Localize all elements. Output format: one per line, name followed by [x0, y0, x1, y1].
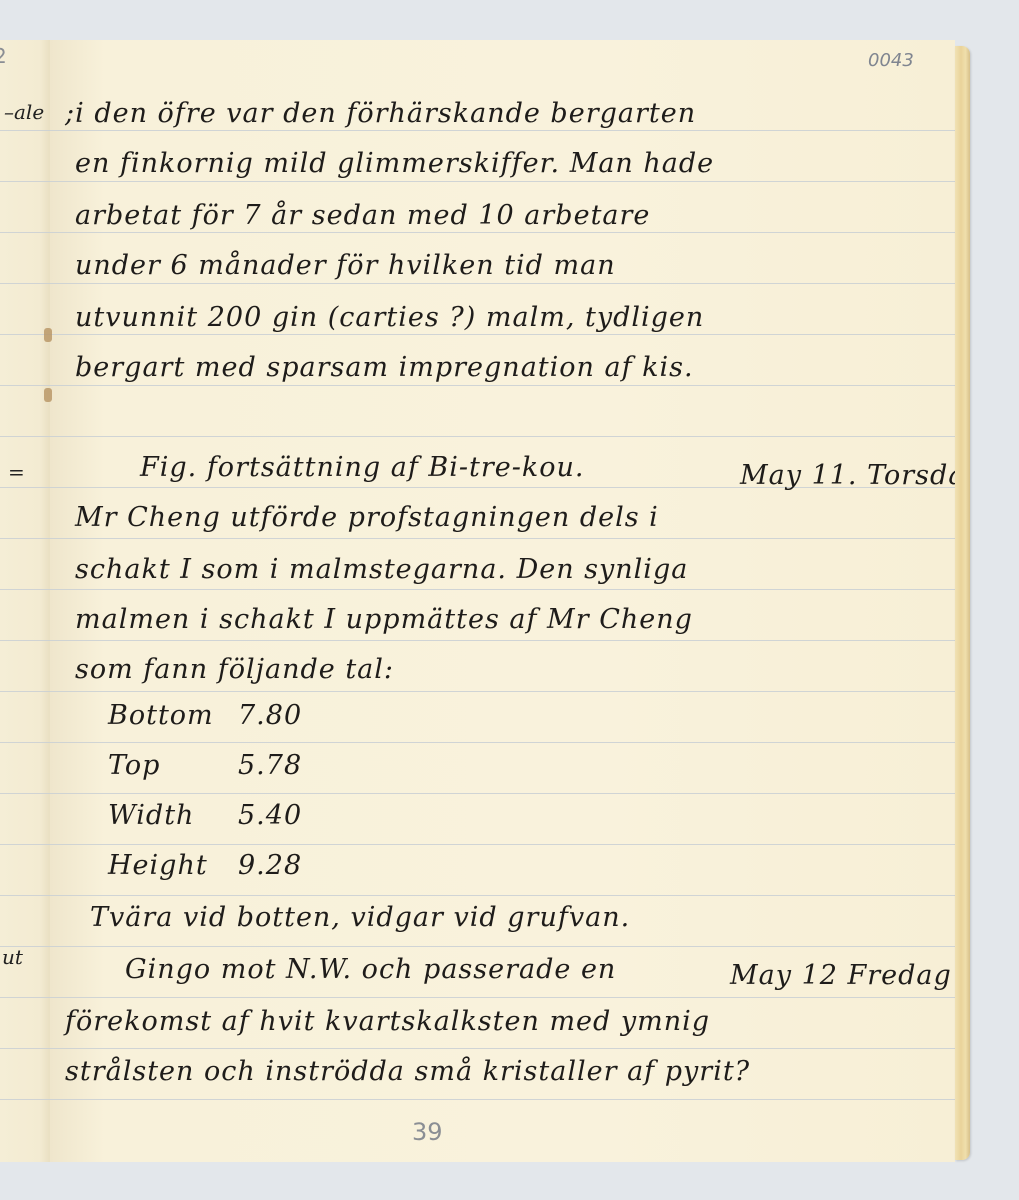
rule-line [50, 538, 955, 539]
rule-line [50, 793, 955, 794]
rule-line [0, 793, 50, 794]
rule-line [50, 130, 955, 131]
rule-line [0, 742, 50, 743]
measurement-value: 9.28 [238, 850, 302, 881]
left-text-fragment: –ale [4, 100, 44, 124]
measurement-value: 7.80 [238, 700, 302, 731]
rule-line [0, 844, 50, 845]
text-line: Mr Cheng utförde profstagningen dels i [75, 502, 659, 533]
rule-line [50, 895, 955, 896]
measurement-row: Top 5.78 [108, 750, 302, 781]
rule-line [0, 232, 50, 233]
measurement-value: 5.40 [238, 800, 302, 831]
left-page-number: 2 [0, 44, 7, 68]
measurement-label: Bottom [108, 700, 238, 731]
rule-line [50, 844, 955, 845]
date-note: May 11. Torsday [740, 460, 955, 491]
rule-line [0, 130, 50, 131]
rule-line [0, 1099, 50, 1100]
rule-line [50, 436, 955, 437]
rule-line [0, 1048, 50, 1049]
rule-line [50, 997, 955, 998]
rule-line [0, 283, 50, 284]
rule-line [0, 487, 50, 488]
measurement-value: 5.78 [238, 750, 302, 781]
rule-line [50, 1048, 955, 1049]
text-line: ;i den öfre var den förhärskande bergart… [65, 98, 696, 129]
rule-line [50, 334, 955, 335]
rule-line [50, 691, 955, 692]
text-line: utvunnit 200 gin (carties ?) malm, tydli… [75, 302, 704, 333]
rule-line [50, 946, 955, 947]
rule-line [50, 283, 955, 284]
rule-line [50, 742, 955, 743]
rule-line [0, 895, 50, 896]
left-text-fragment: = [8, 460, 25, 484]
text-line: en finkornig mild glimmerskiffer. Man ha… [75, 148, 714, 179]
text-line: strålsten och inströdda små kristaller a… [65, 1056, 750, 1087]
rule-line [0, 385, 50, 386]
text-line: malmen i schakt I uppmättes af Mr Cheng [75, 604, 693, 635]
rule-line [50, 589, 955, 590]
measurement-row: Width 5.40 [108, 800, 302, 831]
text-line: schakt I som i malmstegarna. Den synliga [75, 554, 688, 585]
archive-number: 0043 [868, 50, 914, 71]
page-edge-stack [955, 46, 970, 1160]
notebook-page: 0043 ;i den öfre var den förhärskande be… [50, 40, 955, 1162]
rule-line [0, 181, 50, 182]
rule-line [50, 640, 955, 641]
page-number: 39 [412, 1118, 443, 1146]
rule-line [50, 385, 955, 386]
measurement-row: Height 9.28 [108, 850, 302, 881]
rule-line [0, 589, 50, 590]
measurement-label: Height [108, 850, 238, 881]
rule-line [50, 181, 955, 182]
text-line: som fann följande tal: [75, 654, 394, 685]
text-line: Gingo mot N.W. och passerade en [125, 954, 616, 985]
rule-line [50, 1099, 955, 1100]
binding-staple [44, 328, 52, 342]
rule-line [0, 334, 50, 335]
text-line: förekomst af hvit kvartskalksten med ymn… [65, 1006, 710, 1037]
text-line: bergart med sparsam impregnation af kis. [75, 352, 694, 383]
date-note: May 12 Fredag [730, 960, 952, 991]
rule-line [50, 232, 955, 233]
left-text-fragment: ut [2, 945, 23, 969]
rule-line [0, 640, 50, 641]
text-line: Tvära vid botten, vidgar vid grufvan. [90, 902, 630, 933]
binding-staple [44, 388, 52, 402]
rule-line [0, 538, 50, 539]
measurement-row: Bottom 7.80 [108, 700, 302, 731]
measurement-label: Width [108, 800, 238, 831]
rule-line [0, 997, 50, 998]
left-page-fragment: 2 –ale = ut [0, 40, 51, 1162]
rule-line [0, 691, 50, 692]
text-line: under 6 månader för hvilken tid man [75, 250, 616, 281]
text-line: Fig. fortsättning af Bi-tre-kou. [140, 452, 584, 483]
text-line: arbetat för 7 år sedan med 10 arbetare [75, 200, 650, 231]
rule-line [0, 436, 50, 437]
measurement-label: Top [108, 750, 238, 781]
